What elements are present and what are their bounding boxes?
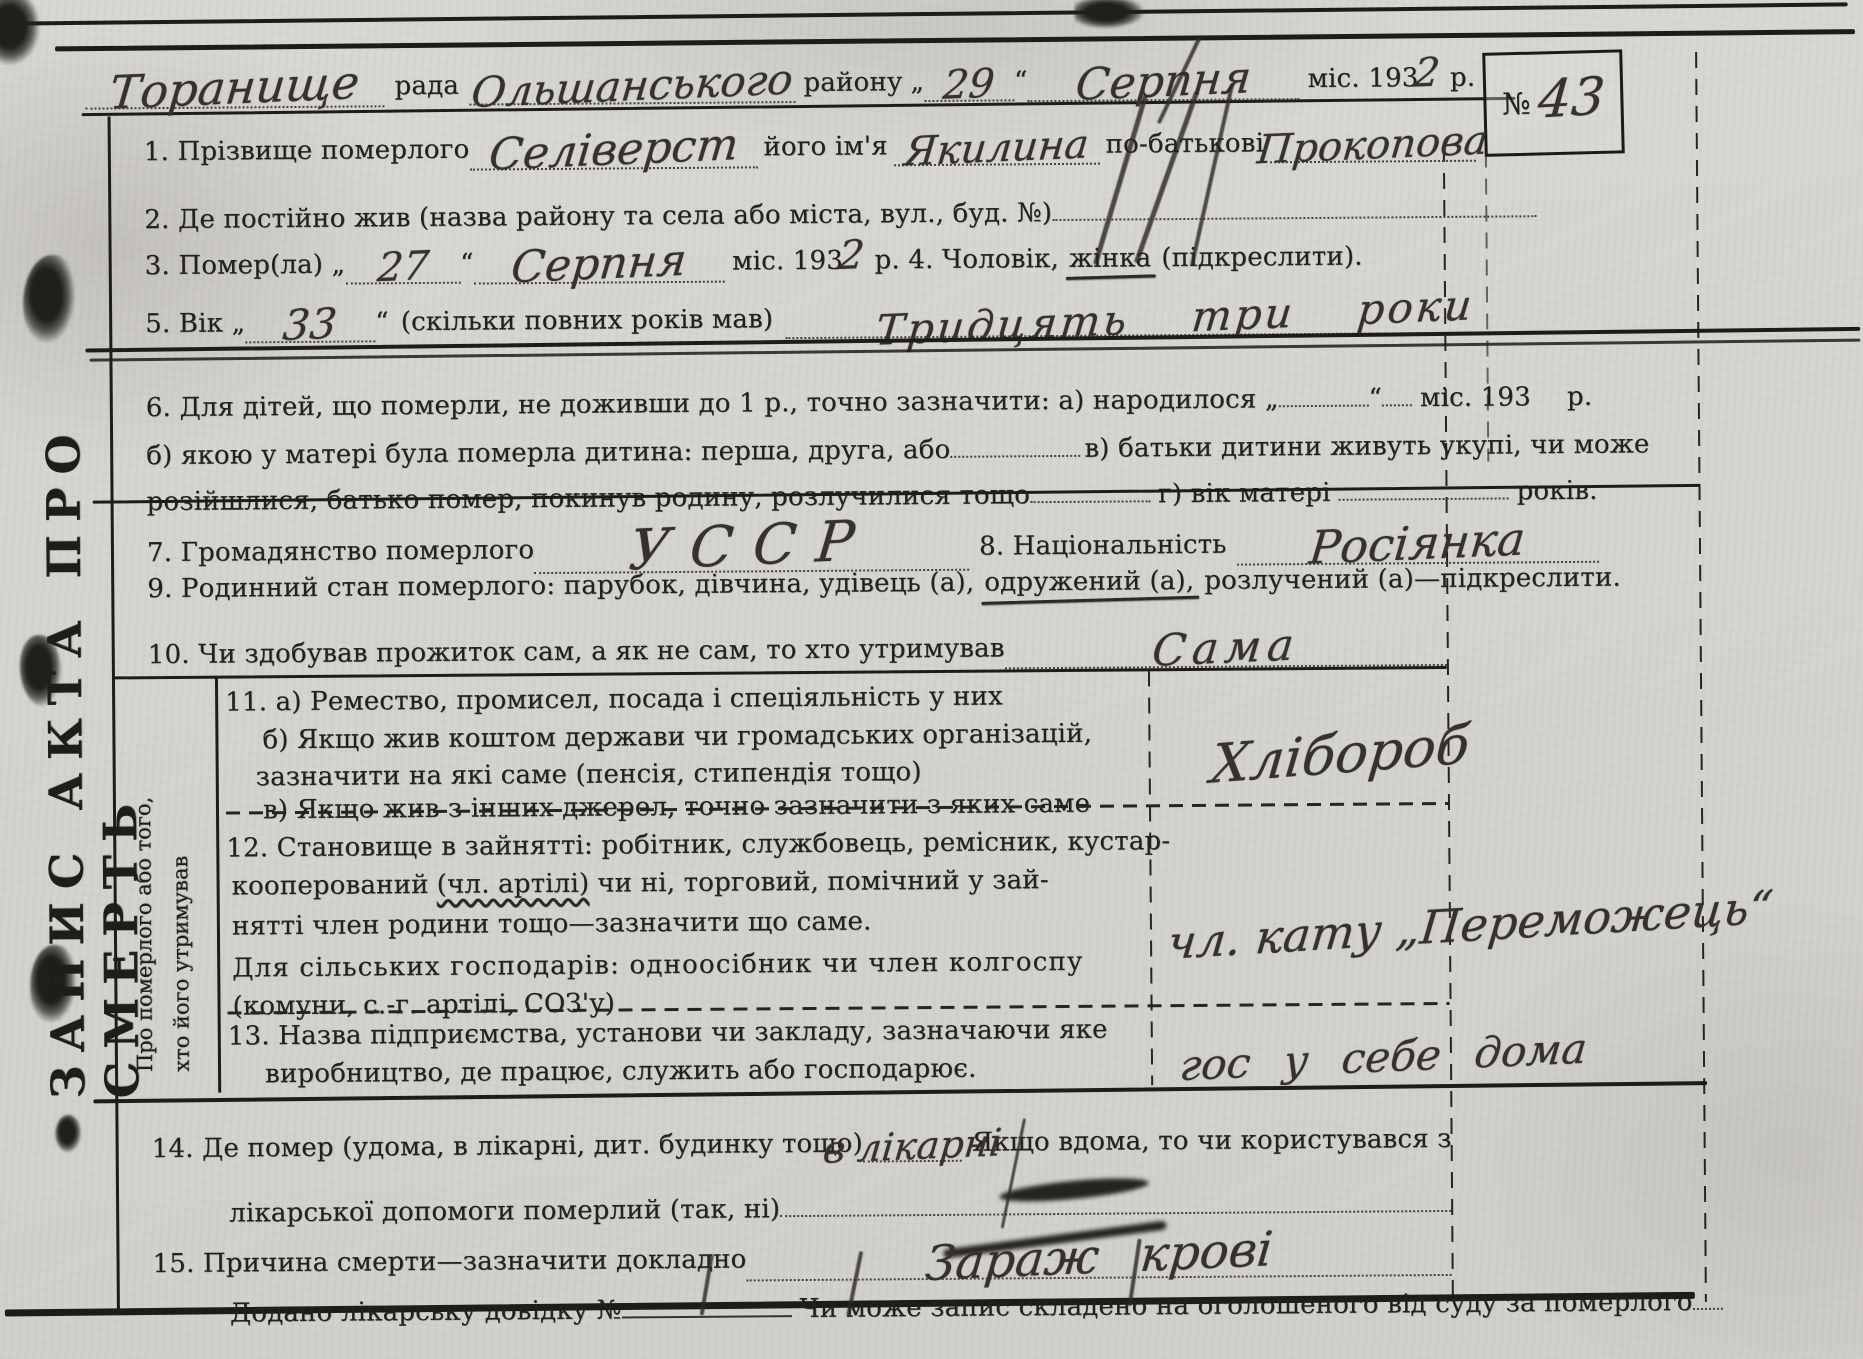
year-digit-handwriting: 2 [1412,50,1442,97]
r-label: р. [1440,63,1476,93]
item-12-label-2a: кооперований [231,870,428,902]
child-birth-day-field [1278,359,1368,408]
item-1-label: 1. Прізвище померлого [144,135,470,168]
death-place-field: в лікарні [863,1108,962,1163]
vertical-page-title: ЗАПИС АКТА ПРО СМЕРТЬ [35,238,112,1099]
item-12-label-2b: чи ні, торговий, помічний у зай- [597,865,1049,899]
open-quote: „ [910,67,924,97]
group-label-line-2: хто його утримував [161,694,201,1072]
group-vertical-label: Про померлого або того, хто його утримув… [124,694,207,1073]
given-name-field: Якилина [894,111,1100,167]
death-year-handwriting: 2 [837,232,867,279]
mis-label: міс. 193 [724,246,843,277]
court-declaration-field [1692,1266,1722,1310]
item-13-label-1: 13. Назва підприємства, установи чи закл… [228,1015,1108,1052]
item-12-line-3: нятті член родини тощо—зазначити що саме… [232,904,1147,949]
item-10-row: 10. Чи здобував прожиток сам, а як не са… [148,612,1447,674]
age-words-field: Тридцять три роки [785,279,1565,339]
certificate-number-field [621,1273,791,1318]
scanned-death-record-page: ЗАПИС АКТА ПРО СМЕРТЬ Торанище рада Ольш… [0,0,1863,1359]
ink-smudge [55,1115,81,1153]
top-border-line-1 [23,2,1848,25]
item-9-row: 9. Родинний стан померлого: парубок, дів… [147,564,1447,620]
item-3-label: 3. Помер(ла) „ [145,250,346,282]
item-8-label: 8. Національність [969,530,1237,562]
council-name-handwriting: Торанище [108,55,363,120]
item-14-label: 14. Де помер (удома, в лікарні, дит. буд… [152,1129,863,1165]
mis-label: міс. 193 [1300,63,1419,94]
number-sign: № [1502,86,1531,122]
group-label-divider [215,678,221,1093]
item-12-label-1: 12. Становище в зайнятті: робітник, служ… [226,826,1170,863]
item-5-label: 5. Вік „ [145,308,245,339]
pidkresliti-label: (підкреслити). [1161,242,1363,274]
employment-answer-handwriting: чл. кату „Переможець“ [1165,880,1775,970]
item-9-label-a: 9. Родинний стан померлого: парубок, дів… [147,568,974,604]
item-9-label-b: розлучений (а)—підкреслити. [1204,563,1621,596]
item-6-line-1: 6. Для дітей, що померли, не доживши до … [146,358,1441,414]
header-row: Торанище рада Ольшанського району „ 29 “… [85,40,1475,107]
death-month-handwriting: Серпня [509,235,689,293]
registry-number-box: № 43 [1482,49,1625,157]
item-3-row: 3. Помер(ла) „ 27 “ Серпня міс. 193 2 р.… [144,223,1362,285]
breadwinner-field: Сама [1004,612,1447,669]
item-1-row: 1. Прізвище померлого Селіверст його ім'… [144,108,1476,170]
rayonu-label: району [795,67,910,98]
nationality-field: Росіянка [1236,503,1599,566]
item-12-label-3: нятті член родини тощо—зазначити що саме… [232,906,872,941]
item-2-row: 2. Де постійно жив (назва району та села… [144,171,1536,226]
zhinka-underlined: жінка [1069,243,1152,274]
patronymic-field: Прокопова [1270,108,1476,164]
right-outer-frame-line [1695,52,1707,1302]
item-13-label-2: виробництво, де працює, служить або госп… [265,1054,977,1090]
footer-label-b: Чи може запис складено на оголошеного ві… [791,1287,1692,1324]
close-quote: “ [375,307,389,337]
death-day-field: 27 [345,230,460,285]
age-field: 33 [245,288,375,343]
child-birth-month-field [1382,358,1412,406]
rokiv-label: років. [1508,476,1597,507]
item-7-row: 7. Громадянство померлого УССР 8. Націон… [147,503,1599,572]
child-order-field [950,409,1080,458]
surname-handwriting: Селіверст [486,119,740,181]
item-11-label-3: зазначити на які саме (пенсія, стипендія… [256,757,922,792]
death-month-field: Серпня [473,229,724,285]
death-day-handwriting: 27 [375,243,431,291]
age-handwriting: 33 [281,299,339,350]
corner-ink-blob [0,0,40,65]
given-name-handwriting: Якилина [902,122,1091,176]
council-name-field: Торанище [85,49,385,109]
surname-field: Селіверст [469,114,757,170]
item-14-tail-label: Якщо вдома, то чи користувався з [962,1124,1452,1158]
parents-status-field [1030,454,1150,503]
month-field: Серпня [1027,42,1299,102]
answers-column-divider [1148,670,1153,1085]
registry-number-handwriting: 43 [1536,67,1607,131]
item-7-label: 7. Громадянство померлого [147,535,534,568]
close-quote: “ [1014,66,1028,96]
r-label: р. [1567,382,1593,412]
close-quote: “ [460,249,474,279]
item-11-label-2: б) Якщо жив коштом держави чи громадськи… [262,719,1092,756]
mother-age-field [1338,451,1508,500]
citizenship-field: УССР [534,511,969,574]
workplace-answer-handwriting: гос у себе дома [1178,1024,1589,1090]
item-12-label-5: (комуни, с.-г. артілі, СОЗ'у) [232,988,615,1021]
given-name-label: його ім'я [757,131,894,162]
item-14-line-2: лікарської допомоги померлий (так, ні) [229,1164,1451,1220]
top-edge-ink-blob [1075,0,1145,29]
residence-field [1052,171,1536,221]
item-11-label-1: 11. а) Ремество, промисел, посада і спец… [225,681,1003,717]
occupation-answer-handwriting: Хлібороб [1208,713,1472,796]
district-field: Ольшанського [469,45,796,106]
patronymic-label: по-батькові [1099,128,1270,159]
rada-label: рада [384,71,469,102]
death-record-form: ЗАПИС АКТА ПРО СМЕРТЬ Торанище рада Ольш… [0,0,1863,1359]
group-label-line-1: Про померлого або того, [124,694,164,1072]
age-hint-label: (скільки повних років мав) [389,304,786,337]
item-4-label: р. 4. Чоловік, [864,244,1059,276]
patronymic-handwriting: Прокопова [1255,118,1490,174]
item-10-label: 10. Чи здобував прожиток сам, а як не са… [148,633,1005,670]
footer-label-a: Додано лікарську довідку № [230,1295,622,1328]
child-birth-year-field [1531,359,1567,405]
odruzhenyi-underlined: одружений (а), [984,566,1194,598]
item-14-label-2: лікарської допомоги померлий (так, ні) [229,1194,780,1228]
chl-artili-underlined: (чл. артілі) [437,869,590,900]
day-handwriting: 29 [941,61,997,109]
day-field: 29 [924,43,1014,102]
item-12-label-4: Для сільських господарів: одноосібник чи… [232,947,1083,984]
death-place-handwriting: в лікарні [821,1120,1003,1172]
item-14-row: 14. Де помер (удома, в лікарні, дит. буд… [151,1104,1451,1166]
